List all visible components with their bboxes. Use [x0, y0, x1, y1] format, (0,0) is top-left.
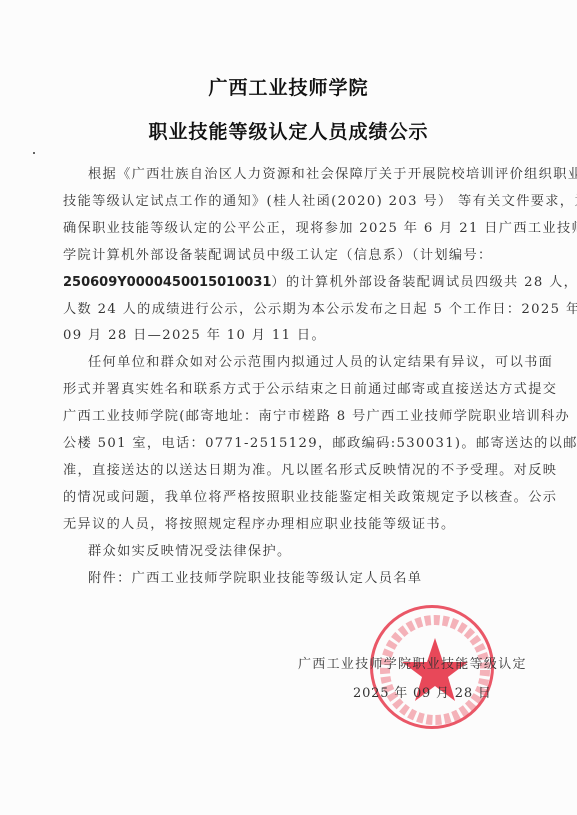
attachment-note: 附件：广西工业技师学院职业技能等级认定人员名单: [88, 571, 529, 587]
signature-date: 2025 年 09 月 28 日: [353, 682, 492, 701]
document-page: 广西工业技师学院 职业技能等级认定人员成绩公示 根据《广西壮族自治区人力资源和社…: [0, 0, 577, 815]
document-title-institution: 广西工业技师学院: [0, 73, 577, 100]
document-title-notice: 职业技能等级认定人员成绩公示: [0, 117, 577, 144]
scan-mark: [33, 152, 35, 154]
paragraph2-line: 准，直接送达的以送达日期为准。凡以匿名形式反映情况的不予受理。对反映: [63, 463, 529, 479]
paragraph2-line: 任何单位和群众如对公示范围内拟通过人员的认定结果有异议，可以书面: [88, 355, 529, 371]
paragraph2-line: 的情况或问题，我单位将严格按照职业技能鉴定相关政策规定予以核查。公示: [63, 490, 529, 506]
paragraph1-line: 技能等级认定试点工作的通知》(桂人社函(2020) 203 号） 等有关文件要求…: [63, 194, 529, 210]
plan-number: 250609Y0000450015010031: [63, 275, 271, 290]
paragraph1-line: 确保职业技能等级认定的公平公正，现将参加 2025 年 6 月 21 日广西工业…: [63, 221, 529, 237]
paragraph1-line-text: ）的计算机外部设备装配调试员四级共 28 人，合格: [271, 275, 577, 290]
paragraph1-line: 250609Y0000450015010031）的计算机外部设备装配调试员四级共…: [63, 275, 529, 291]
paragraph2-line: 形式并署真实姓名和联系方式于公示结束之日前通过邮寄或直接送达方式提交: [63, 382, 529, 398]
paragraph2-line: 无异议的人员，将按照规定程序办理相应职业技能等级证书。: [63, 517, 529, 533]
paragraph3: 群众如实反映情况受法律保护。: [88, 544, 529, 560]
paragraph1-line: 09 月 28 日—2025 年 10 月 11 日。: [63, 328, 529, 344]
paragraph2-line: 公楼 501 室，电话：0771-2515129，邮政编码:530031)。邮寄…: [63, 436, 529, 452]
paragraph2-line: 广西工业技师学院(邮寄地址：南宁市槎路 8 号广西工业技师学院职业培训科办: [63, 409, 529, 425]
paragraph1-line: 人数 24 人的成绩进行公示，公示期为本公示发布之日起 5 个工作日：2025 …: [63, 302, 529, 318]
signature-organization: 广西工业技师学院职业技能等级认定: [298, 653, 527, 672]
paragraph1-line: 学院计算机外部设备装配调试员中级工认定（信息系）（计划编号：: [63, 248, 529, 264]
paragraph1-line: 根据《广西壮族自治区人力资源和社会保障厅关于开展院校培训评价组织职业: [88, 167, 529, 183]
